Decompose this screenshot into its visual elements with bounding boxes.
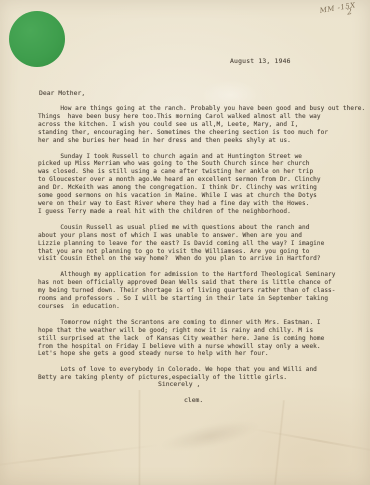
green-dot-sticker [9,11,65,67]
letter-paragraph: Although my application for admission to… [38,271,366,311]
letter-paragraph: How are things going at the ranch. Proba… [38,105,366,145]
letter-signature: clem. [184,396,203,404]
letter-body: How are things going at the ranch. Proba… [38,105,366,390]
letter-paragraph: Cousin Russell as usual plied me with qu… [38,224,366,264]
letter-paragraph: Sunday I took Russell to church again an… [38,153,366,216]
letter-paragraph: Lots of love to everybody in Colorado. W… [38,366,366,382]
ink-bleed-ghost [159,415,261,457]
letter-date: August 13, 1946 [230,57,291,65]
paper-crease [274,400,286,485]
letter-paragraph: Tomorrow night the Scrantons are coming … [38,319,366,359]
letter-closing: Sincerely , [158,380,200,388]
handwritten-catalog-number: MM -15X 2 [319,2,357,20]
paper-crease [0,444,159,468]
scanned-letter-page: MM -15X 2 August 13, 1946 Dear Mother, H… [0,0,370,485]
letter-salutation: Dear Mother, [39,89,85,97]
paper-crease [251,428,370,454]
paper-crease [138,390,141,485]
